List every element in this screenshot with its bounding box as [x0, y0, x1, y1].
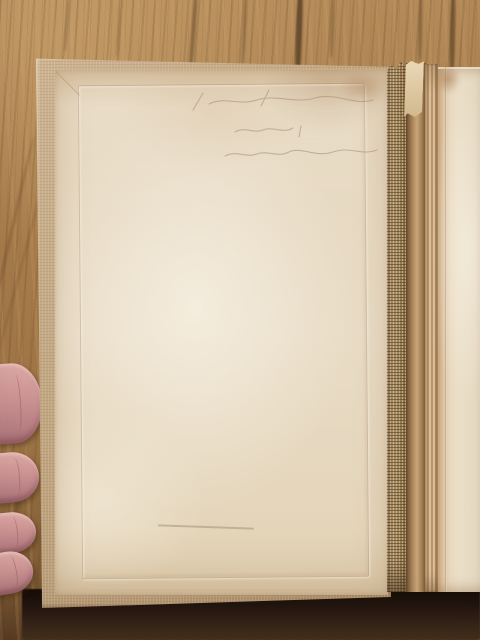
pencil-inscription: [165, 88, 405, 178]
wood-grain-streak: [63, 0, 71, 52]
wood-grain-streak: [116, 0, 122, 56]
inside-front-cover: [36, 57, 393, 608]
page-top-stain: [435, 64, 461, 94]
wood-grain-streak: [241, 0, 248, 68]
pastedown-endpaper: [55, 70, 388, 595]
wood-grain-streak: [330, 0, 335, 58]
gathered-page-edges: [425, 64, 438, 592]
page-gutter-crease: [445, 67, 447, 592]
worn-spine-fold: [406, 63, 426, 592]
frayed-burlap-hinge: [387, 61, 408, 592]
facing-page: [438, 67, 480, 592]
photo-scene: Photograph: a left hand holds open a wor…: [0, 0, 480, 640]
torn-lining-flap: [404, 61, 424, 118]
wood-grain-streak: [0, 138, 35, 377]
turn-in-miter-crease: [55, 71, 80, 96]
wood-grain-streak: [418, 0, 422, 62]
